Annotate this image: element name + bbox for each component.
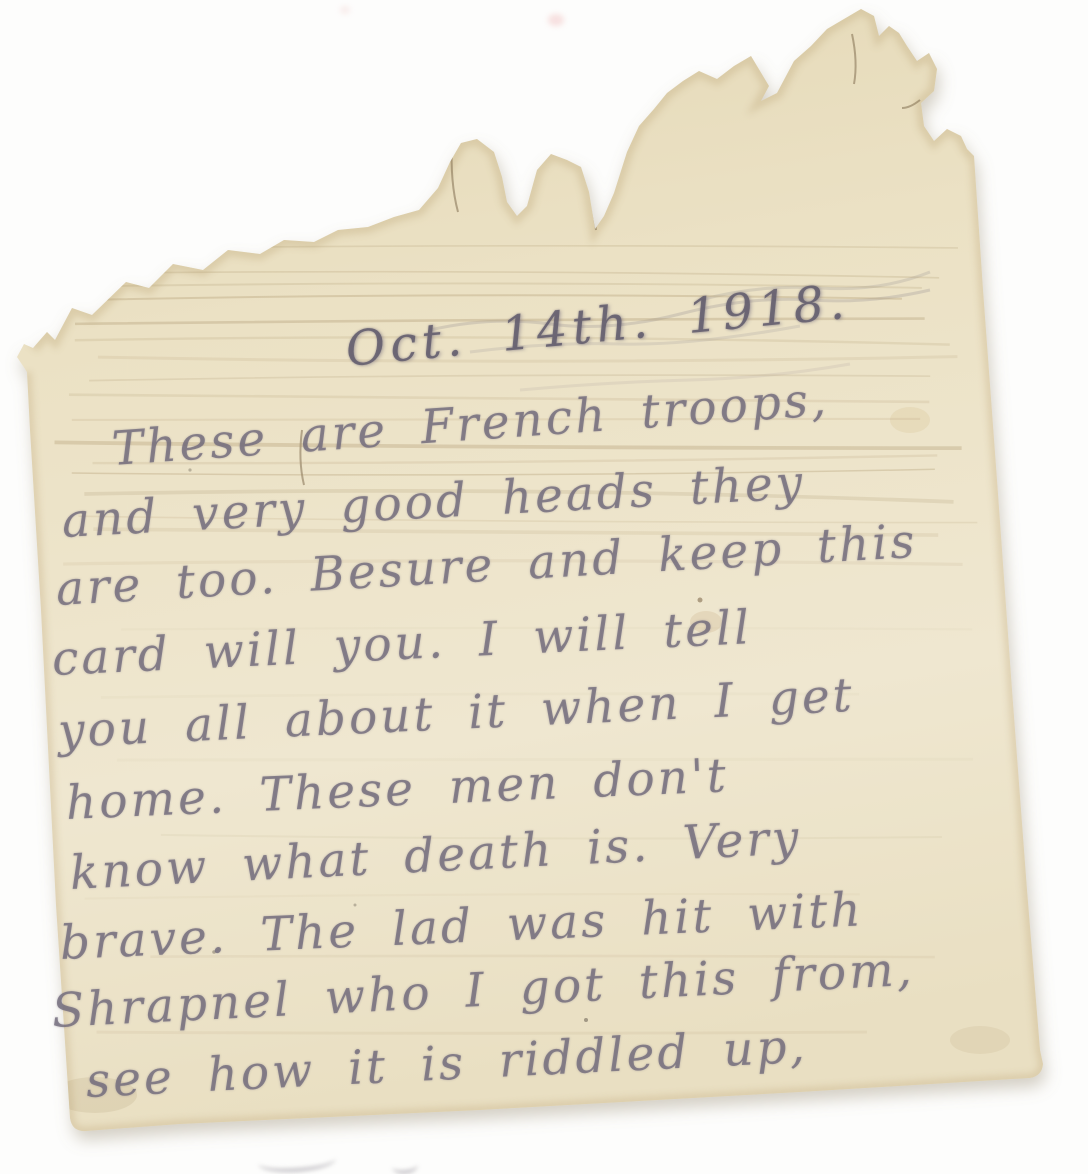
scanner-smudge — [340, 6, 350, 14]
scanner-smudge — [548, 14, 564, 26]
torn-paper-scan — [0, 0, 1088, 1174]
scanned-postcard-note: Oct. 14th. 1918. These are French troops… — [0, 0, 1088, 1174]
paper-body — [17, 9, 1043, 1131]
